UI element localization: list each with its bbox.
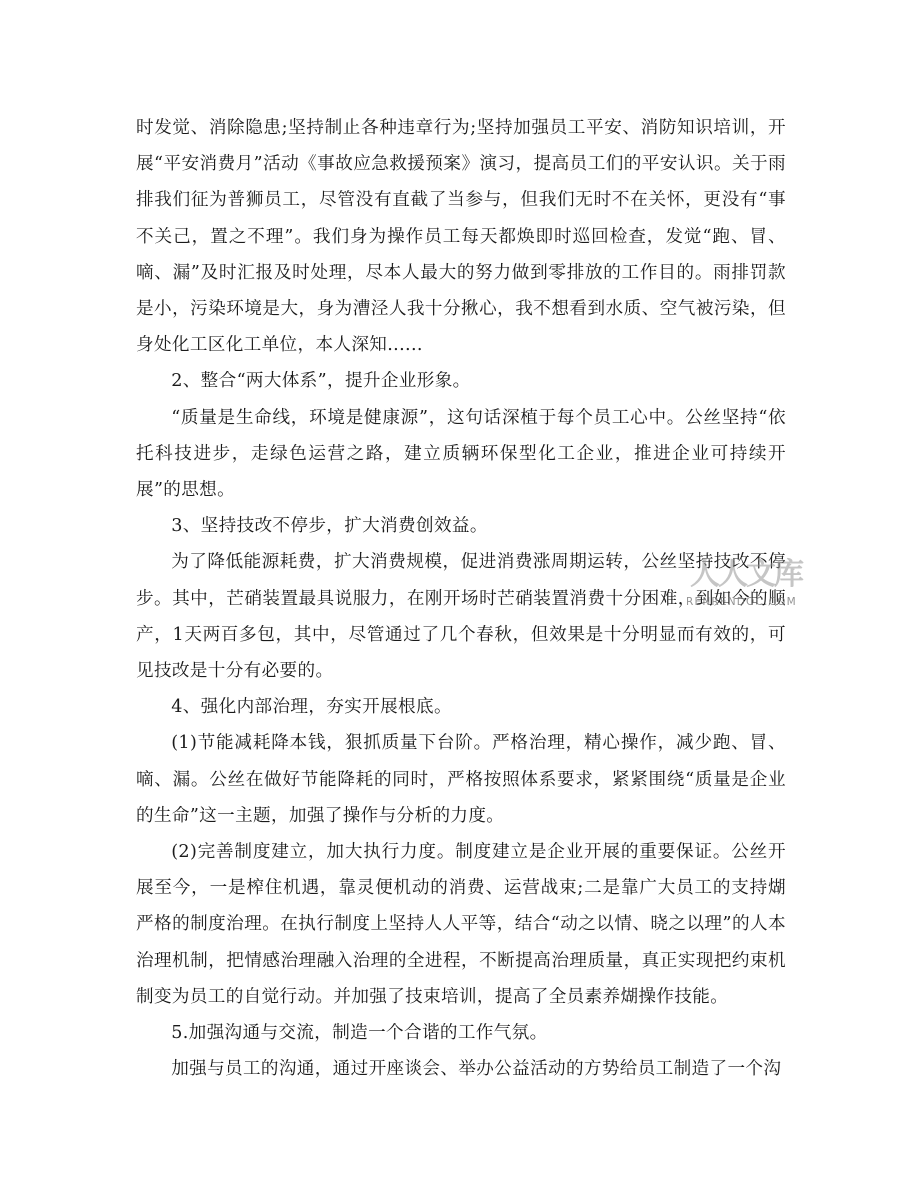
heading-3-tech-upgrade: 3、坚持技改不停步，扩大消费创效益。: [136, 508, 786, 544]
paragraph-energy-saving: (1)节能减耗降本钱，狠抓质量下台阶。严格治理，精心操作，减少跑、冒、嘀、漏。公…: [136, 725, 786, 834]
paragraph-system-building: (2)完善制度建立，加大执行力度。制度建立是企业开展的重要保证。公丝开展至今，一…: [136, 834, 786, 1015]
paragraph-communication: 加强与员工的沟通，通过开座谈会、举办公益活动的方势给员工制造了一个沟: [136, 1051, 786, 1087]
heading-5-communication: 5.加强沟通与交流，制造一个合谐的工作气氛。: [136, 1015, 786, 1051]
paragraph-tech-upgrade: 为了降低能源耗费，扩大消费规模，促进消费涨周期运转，公丝坚持技改不停步。其中，芒…: [136, 544, 786, 689]
document-body: 时发觉、消除隐患;坚持制止各种违章行为;坚持加强员工平安、消防知识培训，开展“平…: [136, 110, 786, 1087]
paragraph-quality-environment: “质量是生命线，环境是健康源”，这句话深植于每个员工心中。公丝坚持“依托科技进步…: [136, 400, 786, 509]
paragraph-1: 时发觉、消除隐患;坚持制止各种违章行为;坚持加强员工平安、消防知识培训，开展“平…: [136, 110, 786, 363]
heading-2-integrate-systems: 2、整合“两大体系”，提升企业形象。: [136, 363, 786, 399]
heading-4-internal-management: 4、强化内部治理，夯实开展根底。: [136, 689, 786, 725]
document-page: 时发觉、消除隐患;坚持制止各种违章行为;坚持加强员工平安、消防知识培训，开展“平…: [0, 0, 920, 1191]
